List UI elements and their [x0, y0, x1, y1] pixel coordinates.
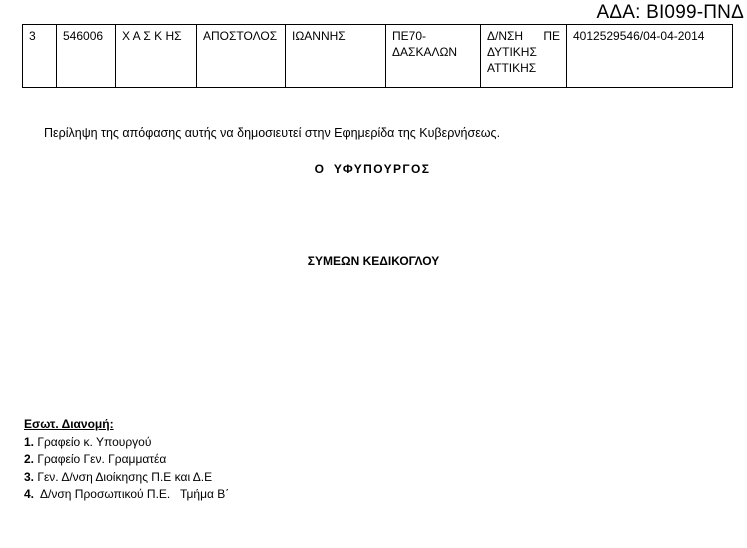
list-item: 4. Δ/νση Προσωπικού Π.Ε. Τμήμα Β΄ [24, 486, 229, 504]
distribution-heading: Εσωτ. Διανομή: [24, 416, 229, 434]
directorate-line: ΔΥΤΙΚΗΣ [487, 44, 560, 60]
internal-distribution: Εσωτ. Διανομή: 1. Γραφείο κ. Υπουργού 2.… [24, 416, 229, 504]
cell-aa: 3 [23, 25, 57, 88]
item-text: Γραφείο Γεν. Γραμματέα [34, 452, 166, 466]
ada-code: ΑΔΑ: ΒΙ099-ΠΝΔ [596, 2, 744, 24]
summary-text: Περίληψη της απόφασης αυτής να δημοσιευτ… [44, 126, 500, 140]
directorate-line: ΑΤΤΙΚΗΣ [487, 60, 560, 76]
table-row: 3 546006 Χ Α Σ Κ ΗΣ ΑΠΟΣΤΟΛΟΣ ΙΩΑΝΝΗΣ ΠΕ… [23, 25, 733, 88]
cell-surname: Χ Α Σ Κ ΗΣ [116, 25, 197, 88]
cell-specialty: ΠΕ70- ΔΑΣΚΑΛΩΝ [386, 25, 481, 88]
item-number: 2. [24, 452, 34, 466]
item-number: 3. [24, 470, 34, 484]
signatory-name: ΣΥΜΕΩΝ ΚΕΔΙΚΟΓΛΟΥ [0, 254, 747, 268]
list-item: 3. Γεν. Δ/νση Διοίκησης Π.Ε και Δ.Ε [24, 469, 229, 487]
list-item: 1. Γραφείο κ. Υπουργού [24, 434, 229, 452]
cell-protocol: 4012529546/04-04-2014 [567, 25, 733, 88]
signatory-role: Ο ΥΦΥΠΟΥΡΓΟΣ [0, 162, 746, 176]
appointment-table: 3 546006 Χ Α Σ Κ ΗΣ ΑΠΟΣΤΟΛΟΣ ΙΩΑΝΝΗΣ ΠΕ… [22, 24, 733, 88]
item-text: Γραφείο κ. Υπουργού [34, 435, 151, 449]
directorate-line: Δ/ΝΣΗ ΠΕ [487, 28, 560, 44]
item-text: Δ/νση Προσωπικού Π.Ε. Τμήμα Β΄ [34, 487, 229, 501]
item-number: 4. [24, 487, 34, 501]
list-item: 2. Γραφείο Γεν. Γραμματέα [24, 451, 229, 469]
cell-directorate: Δ/ΝΣΗ ΠΕ ΔΥΤΙΚΗΣ ΑΤΤΙΚΗΣ [481, 25, 567, 88]
item-number: 1. [24, 435, 34, 449]
cell-first-name: ΑΠΟΣΤΟΛΟΣ [197, 25, 286, 88]
directorate-word: Δ/ΝΣΗ [487, 28, 523, 44]
specialty-line: ΠΕ70- [392, 28, 474, 44]
item-text: Γεν. Δ/νση Διοίκησης Π.Ε και Δ.Ε [34, 470, 212, 484]
cell-father-name: ΙΩΑΝΝΗΣ [286, 25, 386, 88]
cell-code: 546006 [57, 25, 116, 88]
specialty-line: ΔΑΣΚΑΛΩΝ [392, 44, 474, 60]
directorate-word: ΠΕ [543, 28, 560, 44]
